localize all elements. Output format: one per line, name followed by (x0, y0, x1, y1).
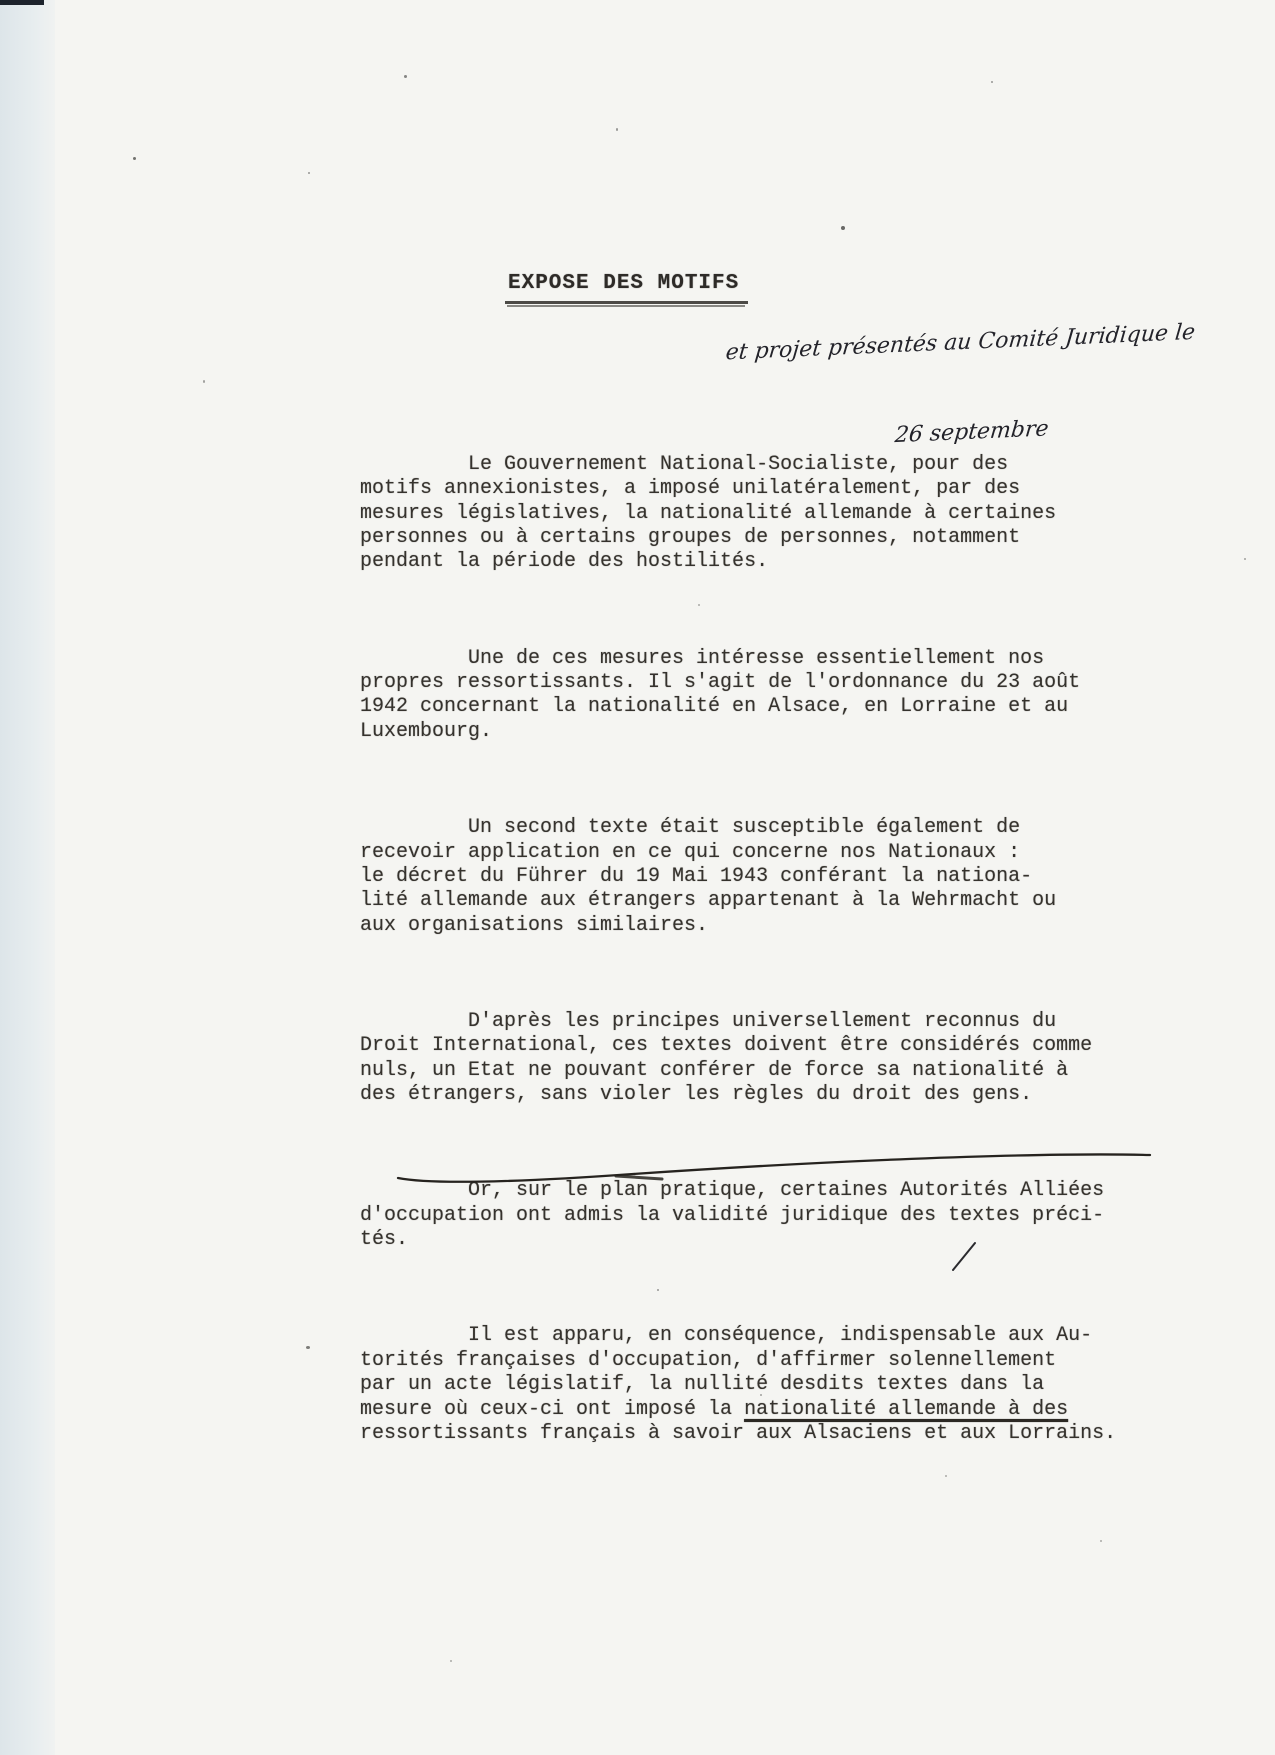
scan-speck (308, 172, 310, 174)
scan-speck (203, 380, 205, 383)
paragraph-6-underlined-phrase: nationalité allemande à des (744, 1398, 1068, 1421)
scan-corner-mark (0, 0, 44, 5)
scan-speck (133, 157, 136, 160)
paragraph-2: Une de ces mesures intéresse essentielle… (360, 647, 1116, 745)
pen-check-mark (948, 1238, 982, 1276)
scanned-document-page: EXPOSE DES MOTIFS et projet présentés au… (0, 0, 1275, 1755)
scan-speck (657, 1289, 659, 1291)
typewritten-body: Le Gouvernement National-Socialiste, pou… (360, 404, 1116, 1518)
scan-speck (991, 81, 993, 83)
handwritten-annotation-line1: et projet présentés au Comité Juridique … (724, 318, 1196, 369)
document-title: EXPOSE DES MOTIFS (508, 272, 739, 295)
paragraph-1: Le Gouvernement National-Socialiste, pou… (360, 453, 1116, 575)
scan-speck (306, 1346, 310, 1349)
scan-speck (841, 226, 845, 230)
scan-speck (404, 75, 407, 78)
title-underline (505, 301, 748, 304)
scan-speck (760, 1394, 762, 1396)
scanner-edge-strip (0, 0, 55, 1755)
paragraph-6: Il est apparu, en conséquence, indispens… (360, 1324, 1116, 1446)
scan-speck (945, 1475, 947, 1477)
scan-speck (616, 128, 618, 131)
paragraph-3: Un second texte était susceptible égalem… (360, 816, 1116, 938)
paragraph-4: D'après les principes universellement re… (360, 1010, 1116, 1108)
handwritten-underline-stroke (388, 1142, 1163, 1192)
scan-speck (1100, 1540, 1102, 1542)
scan-speck (1244, 558, 1246, 560)
scan-speck (698, 604, 700, 606)
scan-speck (450, 1660, 452, 1662)
paragraph-6-end: ressortissants français à savoir aux Als… (360, 1422, 1116, 1445)
title-underline-second-stroke (507, 305, 745, 307)
